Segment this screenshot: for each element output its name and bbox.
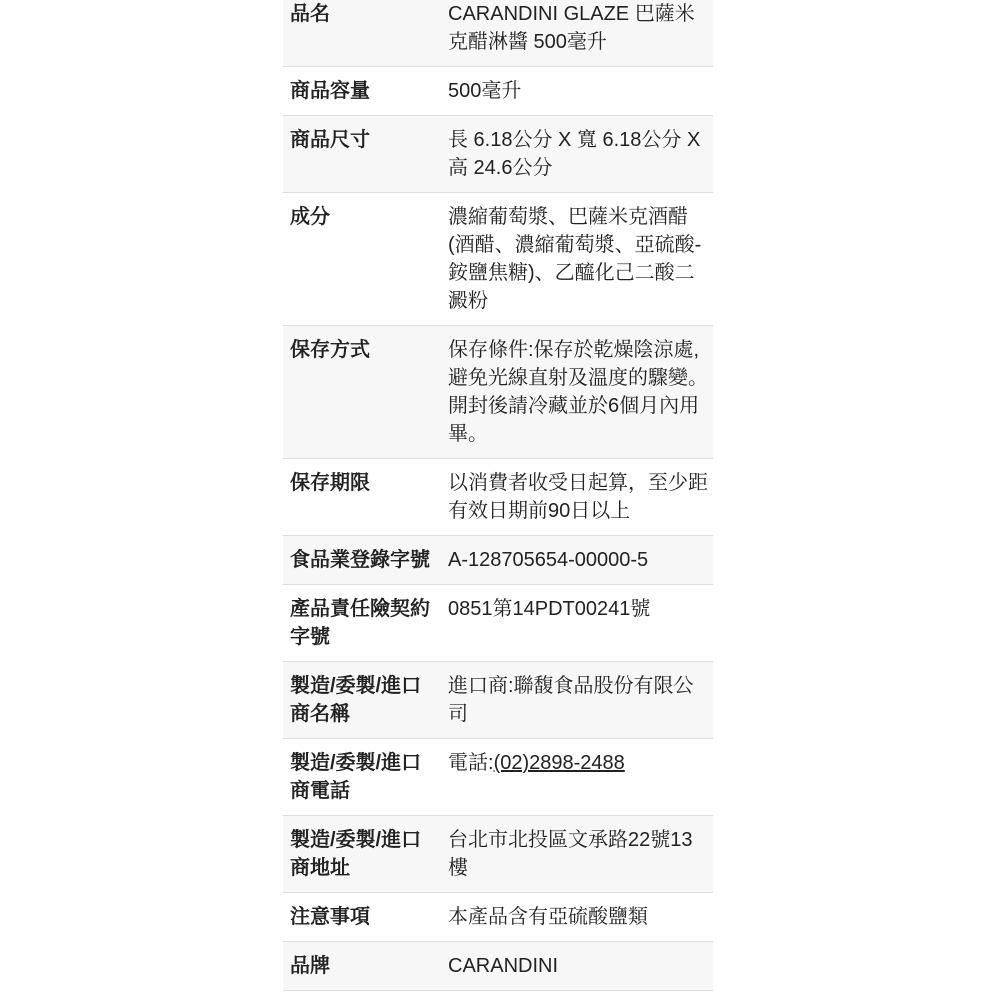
spec-label-cell: 保存期限 [283,459,445,536]
spec-value-cell: 0851第14PDT00241號 [445,585,713,662]
spec-row: 製造/委製/進口 商電話電話:(02)2898-2488 [283,739,713,816]
phone-link[interactable]: (02)2898-2488 [494,752,625,774]
spec-value-cell: 台北市北投區文承路22號13 樓 [445,816,713,893]
spec-label-cell: 品牌 [283,942,445,991]
spec-row: 保存期限以消費者收受日起算，至少距 有效日期前90日以上 [283,459,713,536]
spec-label-cell: 注意事項 [283,893,445,942]
spec-label-cell: 保存方式 [283,326,445,459]
spec-value-cell: 長 6.18公分 X 寬 6.18公分 X 高 24.6公分 [445,116,713,193]
spec-label-cell: 成分 [283,193,445,326]
spec-label-cell: 製造/委製/進口 商地址 [283,816,445,893]
spec-value-cell: CARANDINI [445,942,713,991]
spec-row: 注意事項本產品含有亞硫酸鹽類 [283,893,713,942]
spec-label-cell: 食品業登錄字號 [283,536,445,585]
spec-value-cell: 濃縮葡萄漿、巴薩米克酒醋 (酒醋、濃縮葡萄漿、亞硫酸- 銨鹽焦糖)、乙醯化己二酸… [445,193,713,326]
product-spec-section: 品名CARANDINI GLAZE 巴薩米 克醋淋醬 500毫升商品容量500毫… [283,0,713,991]
spec-value-cell: 500毫升 [445,67,713,116]
spec-row: 成分濃縮葡萄漿、巴薩米克酒醋 (酒醋、濃縮葡萄漿、亞硫酸- 銨鹽焦糖)、乙醯化己… [283,193,713,326]
spec-value-cell: 本產品含有亞硫酸鹽類 [445,893,713,942]
spec-value-cell: 保存條件:保存於乾燥陰涼處, 避免光線直射及溫度的驟變。 開封後請冷藏並於6個月… [445,326,713,459]
spec-row: 品名CARANDINI GLAZE 巴薩米 克醋淋醬 500毫升 [283,0,713,67]
spec-row: 製造/委製/進口 商名稱進口商:聯馥食品股份有限公 司 [283,662,713,739]
spec-row: 製造/委製/進口 商地址台北市北投區文承路22號13 樓 [283,816,713,893]
product-spec-table: 品名CARANDINI GLAZE 巴薩米 克醋淋醬 500毫升商品容量500毫… [283,0,713,991]
spec-value-cell: 電話:(02)2898-2488 [445,739,713,816]
spec-row: 商品尺寸長 6.18公分 X 寬 6.18公分 X 高 24.6公分 [283,116,713,193]
spec-value-cell: 進口商:聯馥食品股份有限公 司 [445,662,713,739]
spec-label-cell: 製造/委製/進口 商名稱 [283,662,445,739]
spec-label-cell: 商品尺寸 [283,116,445,193]
spec-label-cell: 產品責任險契約 字號 [283,585,445,662]
spec-row: 品牌CARANDINI [283,942,713,991]
spec-label-cell: 商品容量 [283,67,445,116]
spec-row: 產品責任險契約 字號0851第14PDT00241號 [283,585,713,662]
spec-label-cell: 製造/委製/進口 商電話 [283,739,445,816]
spec-value-cell: A-128705654-00000-5 [445,536,713,585]
spec-row: 商品容量500毫升 [283,67,713,116]
phone-prefix-label: 電話: [448,752,494,774]
spec-value-cell: CARANDINI GLAZE 巴薩米 克醋淋醬 500毫升 [445,0,713,67]
spec-label-cell: 品名 [283,0,445,67]
spec-row: 食品業登錄字號A-128705654-00000-5 [283,536,713,585]
spec-value-cell: 以消費者收受日起算，至少距 有效日期前90日以上 [445,459,713,536]
spec-row: 保存方式保存條件:保存於乾燥陰涼處, 避免光線直射及溫度的驟變。 開封後請冷藏並… [283,326,713,459]
